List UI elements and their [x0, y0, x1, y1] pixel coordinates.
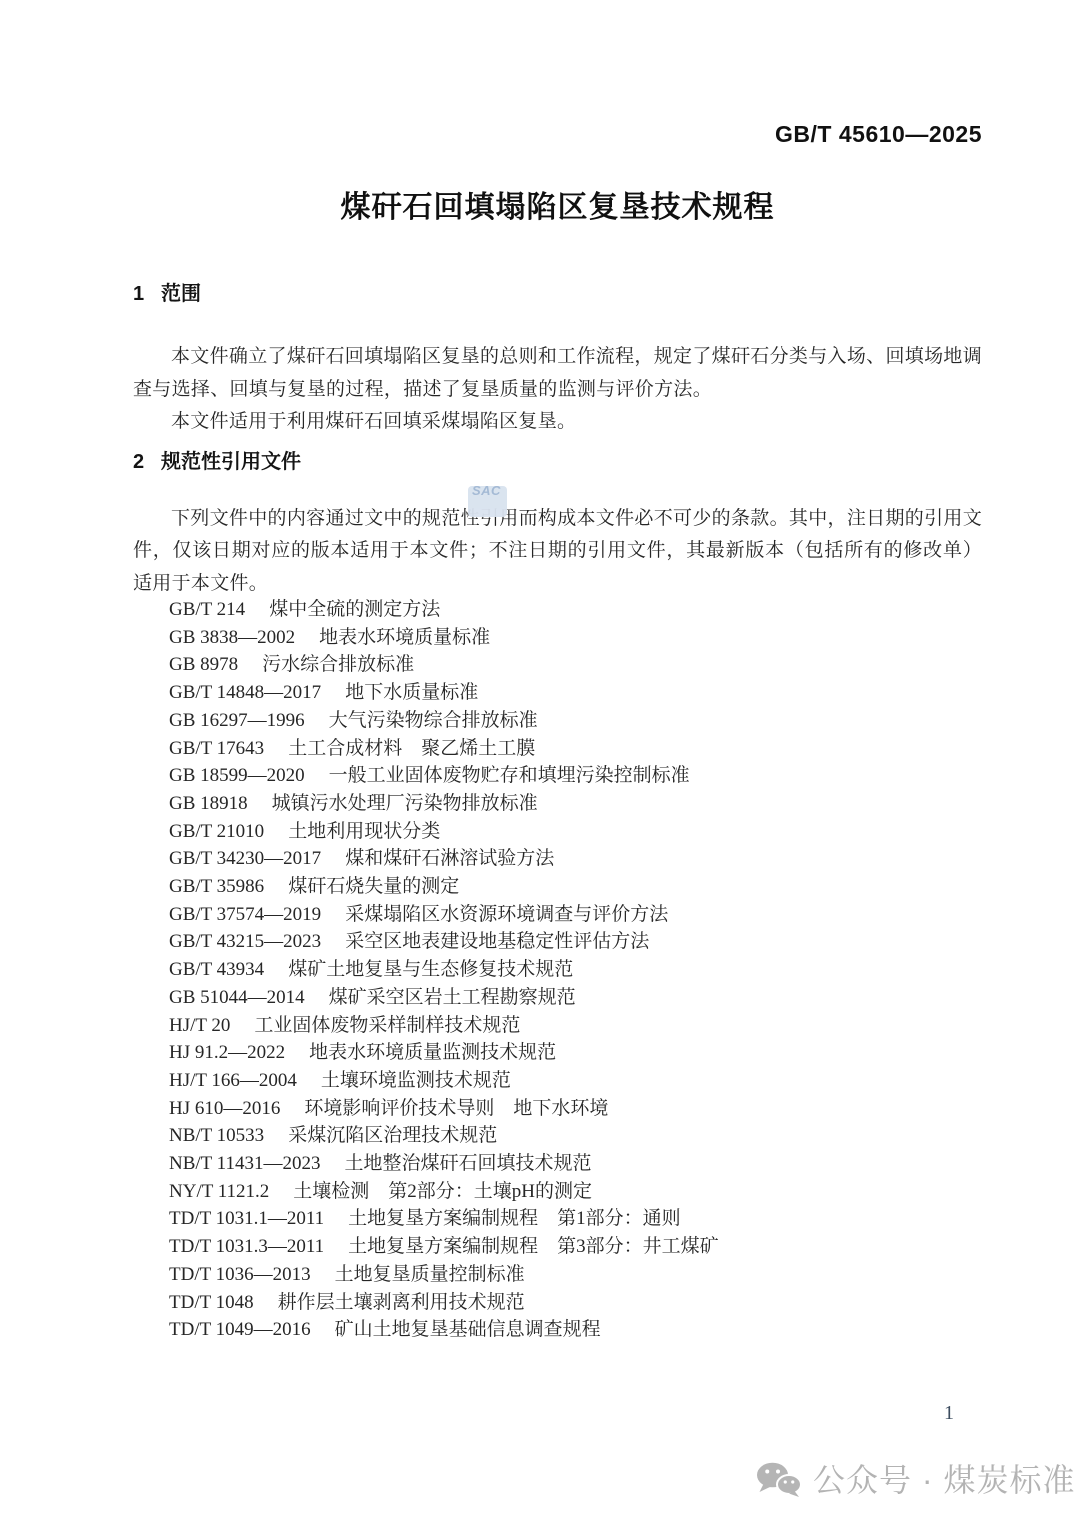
reference-title: 土工合成材料 聚乙烯土工膜	[288, 738, 535, 759]
reference-code: GB 3838—2002	[169, 627, 295, 648]
reference-code: GB/T 214	[169, 599, 245, 620]
reference-item: GB/T 43934煤矿土地复垦与生态修复技术规范	[169, 956, 982, 984]
footer-brand: 公众号 · 煤炭标准	[756, 1462, 1075, 1498]
reference-item: GB 3838—2002地表水环境质量标准	[169, 624, 982, 652]
reference-code: GB 8978	[169, 654, 238, 675]
reference-item: NB/T 11431—2023土地整治煤矸石回填技术规范	[169, 1150, 982, 1178]
footer-brand-text: 公众号 · 煤炭标准	[813, 1464, 1075, 1496]
reference-code: TD/T 1031.3—2011	[169, 1236, 324, 1257]
scope-paragraph-2: 本文件适用于利用煤矸石回填采煤塌陷区复垦。	[133, 406, 982, 439]
scope-paragraph-1: 本文件确立了煤矸石回填塌陷区复垦的总则和工作流程，规定了煤矸石分类与入场、回填场…	[133, 341, 982, 406]
reference-title: 土地复垦方案编制规程 第1部分：通则	[348, 1208, 681, 1229]
reference-code: GB/T 14848—2017	[169, 682, 321, 703]
section-1-number: 1	[133, 283, 161, 305]
reference-item: TD/T 1049—2016矿山土地复垦基础信息调查规程	[169, 1316, 982, 1344]
reference-title: 环境影响评价技术导则 地下水环境	[304, 1098, 608, 1119]
reference-item: GB/T 214煤中全硫的测定方法	[169, 596, 982, 624]
reference-item: TD/T 1031.3—2011土地复垦方案编制规程 第3部分：井工煤矿	[169, 1233, 982, 1261]
sac-watermark-icon: SAC	[468, 486, 507, 517]
reference-title: 矿山土地复垦基础信息调查规程	[335, 1319, 601, 1340]
standard-number: GB/T 45610—2025	[775, 121, 982, 148]
reference-title: 煤矸石烧失量的测定	[288, 876, 459, 897]
reference-title: 土地复垦质量控制标准	[335, 1264, 525, 1285]
wechat-icon	[756, 1462, 802, 1498]
reference-code: HJ/T 166—2004	[169, 1070, 297, 1091]
reference-title: 大气污染物综合排放标准	[329, 710, 538, 731]
reference-item: GB/T 14848—2017地下水质量标准	[169, 679, 982, 707]
reference-title: 土地复垦方案编制规程 第3部分：井工煤矿	[348, 1236, 719, 1257]
reference-code: GB/T 34230—2017	[169, 848, 321, 869]
reference-title: 地表水环境质量标准	[319, 627, 490, 648]
section-2-title: 规范性引用文件	[161, 451, 301, 473]
reference-item: GB 18599—2020一般工业固体废物贮存和填埋污染控制标准	[169, 762, 982, 790]
document-page: GB/T 45610—2025 煤矸石回填塌陷区复垦技术规程 1 范围 本文件确…	[0, 0, 1080, 1527]
reference-item: GB 16297—1996大气污染物综合排放标准	[169, 707, 982, 735]
reference-code: GB/T 17643	[169, 738, 264, 759]
reference-item: TD/T 1031.1—2011土地复垦方案编制规程 第1部分：通则	[169, 1205, 982, 1233]
reference-title: 采煤沉陷区治理技术规范	[288, 1125, 497, 1146]
reference-code: HJ/T 20	[169, 1015, 230, 1036]
reference-item: HJ 91.2—2022地表水环境质量监测技术规范	[169, 1039, 982, 1067]
reference-item: NY/T 1121.2土壤检测 第2部分：土壤pH的测定	[169, 1178, 982, 1206]
document-title: 煤矸石回填塌陷区复垦技术规程	[133, 182, 982, 226]
reference-item: GB 18918城镇污水处理厂污染物排放标准	[169, 790, 982, 818]
reference-item: GB/T 35986煤矸石烧失量的测定	[169, 873, 982, 901]
reference-title: 采空区地表建设地基稳定性评估方法	[345, 931, 649, 952]
reference-code: GB/T 21010	[169, 821, 264, 842]
reference-item: GB/T 17643土工合成材料 聚乙烯土工膜	[169, 735, 982, 763]
reference-item: GB/T 34230—2017煤和煤矸石淋溶试验方法	[169, 845, 982, 873]
references-intro: 下列文件中的内容通过文中的规范性引用而构成本文件必不可少的条款。其中，注日期的引…	[133, 503, 982, 601]
reference-code: NB/T 11431—2023	[169, 1153, 320, 1174]
reference-code: TD/T 1031.1—2011	[169, 1208, 324, 1229]
reference-title: 采煤塌陷区水资源环境调查与评价方法	[345, 904, 668, 925]
reference-item: HJ/T 20工业固体废物采样制样技术规范	[169, 1012, 982, 1040]
reference-title: 污水综合排放标准	[262, 654, 414, 675]
reference-title: 煤和煤矸石淋溶试验方法	[345, 848, 554, 869]
references-list: GB/T 214煤中全硫的测定方法GB 3838—2002地表水环境质量标准GB…	[133, 596, 982, 1344]
reference-code: HJ 91.2—2022	[169, 1042, 285, 1063]
page-number: 1	[944, 1402, 954, 1425]
reference-code: GB 18918	[169, 793, 248, 814]
reference-code: GB 18599—2020	[169, 765, 305, 786]
section-1-title: 范围	[161, 283, 201, 305]
reference-code: NY/T 1121.2	[169, 1181, 269, 1202]
reference-item: GB/T 21010土地利用现状分类	[169, 818, 982, 846]
document-body: 1 范围 本文件确立了煤矸石回填塌陷区复垦的总则和工作流程，规定了煤矸石分类与入…	[133, 283, 982, 1344]
reference-title: 工业固体废物采样制样技术规范	[254, 1015, 520, 1036]
reference-item: TD/T 1048耕作层土壤剥离利用技术规范	[169, 1289, 982, 1317]
reference-item: GB 8978污水综合排放标准	[169, 651, 982, 679]
reference-title: 土地利用现状分类	[288, 821, 440, 842]
reference-item: TD/T 1036—2013土地复垦质量控制标准	[169, 1261, 982, 1289]
reference-item: NB/T 10533采煤沉陷区治理技术规范	[169, 1122, 982, 1150]
reference-item: HJ/T 166—2004土壤环境监测技术规范	[169, 1067, 982, 1095]
reference-title: 煤矿采空区岩土工程勘察规范	[329, 987, 576, 1008]
reference-code: GB 16297—1996	[169, 710, 305, 731]
reference-code: GB/T 43215—2023	[169, 931, 321, 952]
reference-item: GB/T 43215—2023采空区地表建设地基稳定性评估方法	[169, 928, 982, 956]
sac-watermark-text: SAC	[472, 483, 501, 498]
reference-title: 土地整治煤矸石回填技术规范	[344, 1153, 591, 1174]
reference-title: 土壤检测 第2部分：土壤pH的测定	[293, 1181, 592, 1202]
section-2-number: 2	[133, 451, 161, 473]
reference-title: 地表水环境质量监测技术规范	[309, 1042, 556, 1063]
reference-title: 耕作层土壤剥离利用技术规范	[278, 1292, 525, 1313]
reference-title: 城镇污水处理厂污染物排放标准	[272, 793, 538, 814]
reference-code: NB/T 10533	[169, 1125, 264, 1146]
reference-code: GB/T 35986	[169, 876, 264, 897]
reference-title: 一般工业固体废物贮存和填埋污染控制标准	[329, 765, 690, 786]
reference-title: 煤中全硫的测定方法	[269, 599, 440, 620]
reference-code: TD/T 1048	[169, 1292, 254, 1313]
reference-item: GB 51044—2014煤矿采空区岩土工程勘察规范	[169, 984, 982, 1012]
section-1-heading: 1 范围	[133, 283, 982, 305]
reference-code: GB/T 43934	[169, 959, 264, 980]
reference-title: 煤矿土地复垦与生态修复技术规范	[288, 959, 573, 980]
reference-item: GB/T 37574—2019采煤塌陷区水资源环境调查与评价方法	[169, 901, 982, 929]
reference-title: 地下水质量标准	[345, 682, 478, 703]
reference-title: 土壤环境监测技术规范	[321, 1070, 511, 1091]
section-2-heading: 2 规范性引用文件	[133, 451, 982, 473]
reference-code: GB 51044—2014	[169, 987, 305, 1008]
reference-code: TD/T 1049—2016	[169, 1319, 311, 1340]
reference-item: HJ 610—2016环境影响评价技术导则 地下水环境	[169, 1095, 982, 1123]
reference-code: GB/T 37574—2019	[169, 904, 321, 925]
reference-code: HJ 610—2016	[169, 1098, 280, 1119]
reference-code: TD/T 1036—2013	[169, 1264, 311, 1285]
